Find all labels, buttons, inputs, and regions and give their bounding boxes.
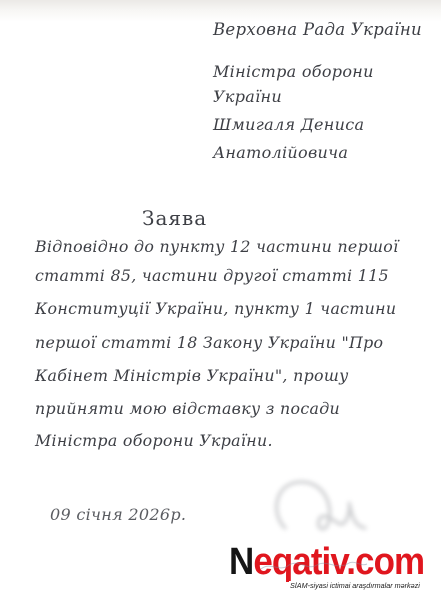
body-line: прийняти мою відставку з посади: [35, 400, 340, 418]
watermark-tagline: SİAM-siyasi ictimai araşdırmalar mərkəzi: [289, 581, 421, 590]
faint-scribble-icon: [259, 555, 369, 575]
document-title: Заява: [142, 206, 207, 230]
document-page: Верховна Рада України Міністра оборони У…: [0, 0, 441, 600]
body-line: Конституції України, пункту 1 частини: [35, 300, 396, 318]
recipient-line: Верховна Рада України: [213, 20, 422, 39]
sender-patronymic-line: Анатолійовича: [213, 143, 348, 162]
watermark: Neqativ.com SİAM-siyasi ictimai araşdırm…: [229, 543, 434, 593]
body-line: першої статті 18 Закону України "Про: [35, 334, 383, 352]
body-line: Кабінет Міністрів України", прошу: [35, 367, 349, 385]
sender-country-line: України: [213, 87, 282, 106]
body-line: статті 85, частини другої статті 115: [35, 267, 389, 285]
body-line: Відповідно до пункту 12 частини першої: [35, 238, 398, 256]
body-line: Міністра оборони України.: [35, 432, 273, 450]
document-date: 09 січня 2026р.: [50, 505, 186, 524]
sender-name-line: Шмигаля Дениса: [213, 115, 364, 134]
signature-icon: [265, 478, 375, 534]
sender-title-line: Міністра оборони: [213, 62, 374, 81]
